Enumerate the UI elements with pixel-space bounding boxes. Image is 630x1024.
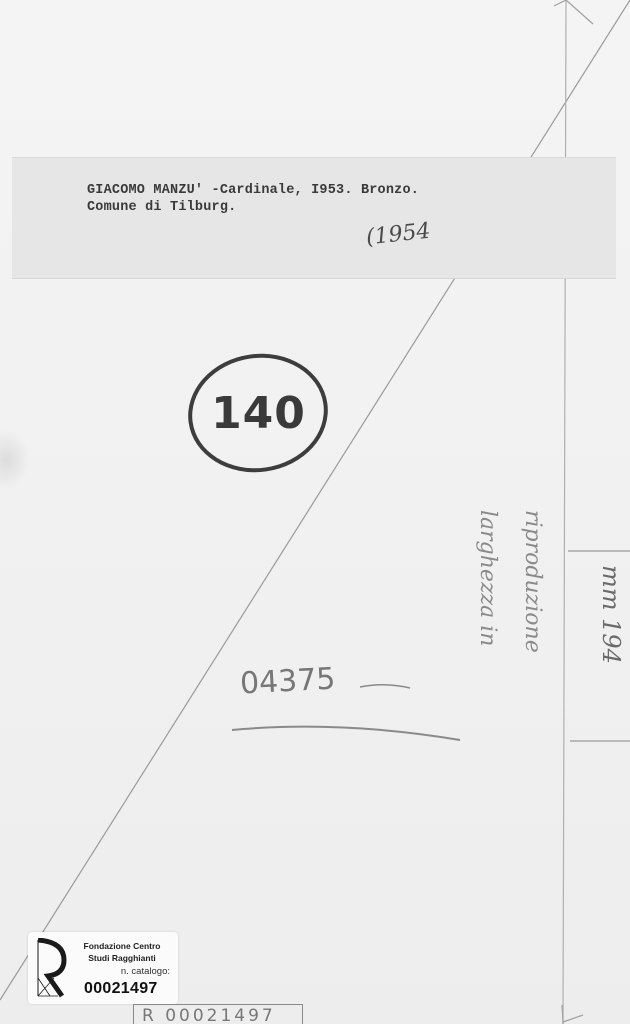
caption-line-2: Comune di Tilburg. [87,200,236,215]
ragghianti-logo-icon [34,938,68,998]
institution-line-1: Fondazione Centro [68,940,176,952]
institution-name: Fondazione Centro Studi Ragghianti [68,940,176,964]
diagonal-crop-line [0,0,630,1000]
typed-caption: GIACOMO MANZU' -Cardinale, I953. Bronzo.… [87,182,419,216]
catalog-sticker: Fondazione Centro Studi Ragghianti n. ca… [28,932,178,1004]
dimension-note: mm 194 [597,565,625,664]
caption-line-1: GIACOMO MANZU' -Cardinale, I953. Bronzo. [87,183,419,198]
vertical-measure-line [563,0,566,1024]
arrow-top-icon [566,0,593,24]
inventory-code: 04375 [239,662,336,702]
catalog-number: 00021497 [84,980,158,998]
card-verso: GIACOMO MANZU' -Cardinale, I953. Bronzo.… [0,0,630,1024]
institution-line-2: Studi Ragghianti [68,952,176,964]
typed-label-strip [12,157,616,279]
side-note-line-2: riproduzione [520,510,545,653]
circled-number-text: 140 [211,388,306,439]
catalog-label: n. catalogo: [121,966,170,977]
side-note-line-1: larghezza in [475,510,500,646]
archive-stamp: R 00021497 [133,1004,303,1024]
arrow-bottom-icon [563,1015,583,1022]
